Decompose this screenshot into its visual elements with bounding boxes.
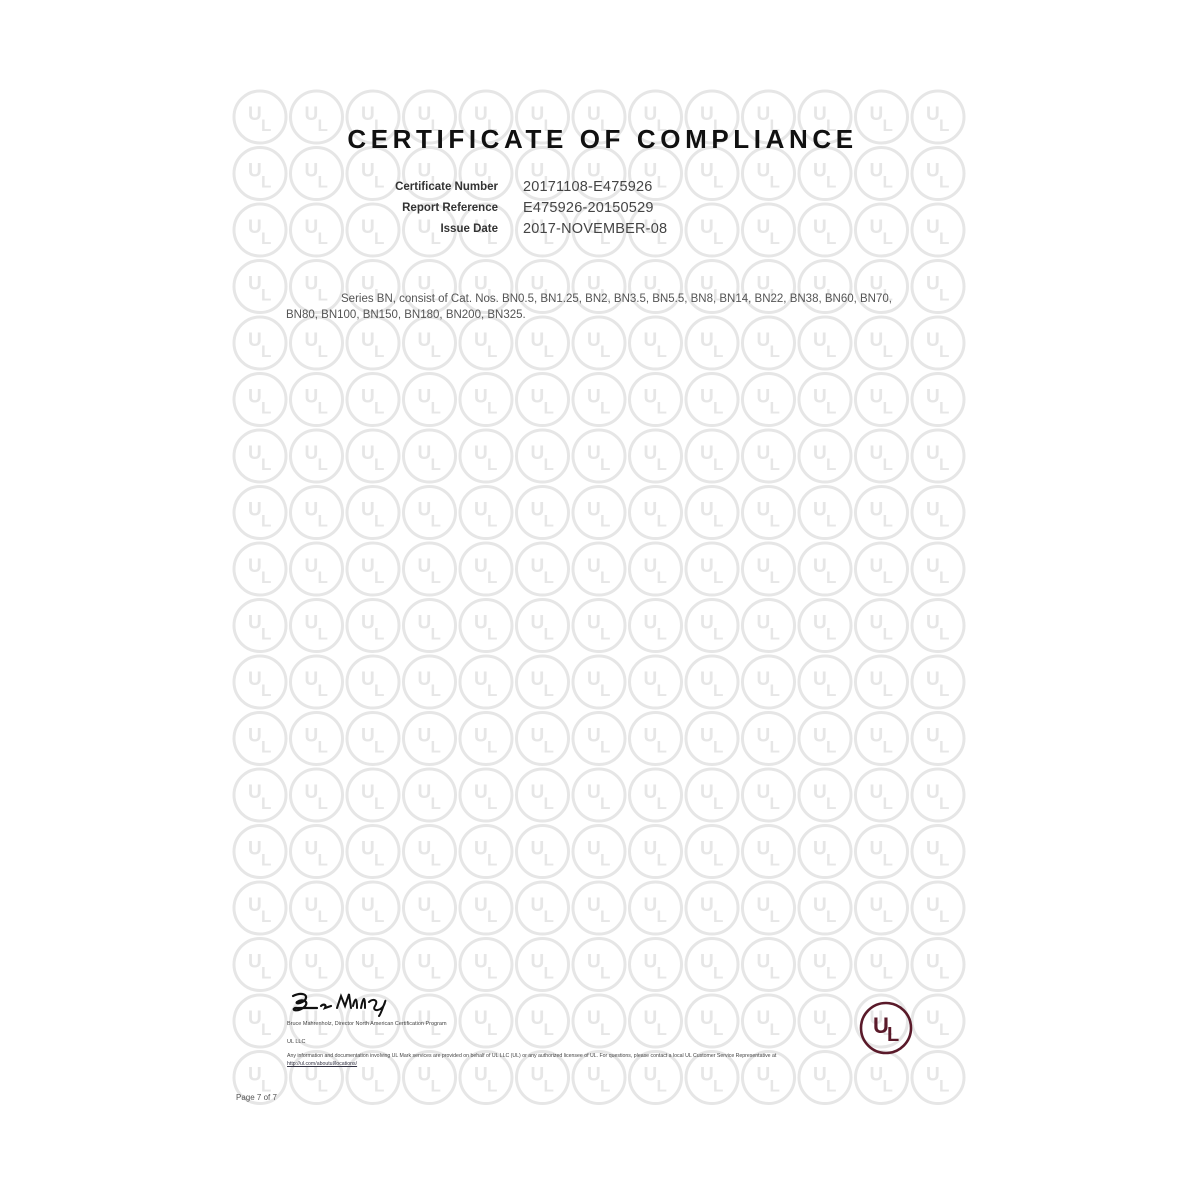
issue-date-value: 2017-NOVEMBER-08 [523,221,667,237]
certificate-page [230,86,975,1116]
report-reference-row: Report Reference E475926-20150529 [330,197,730,218]
issue-date-row: Issue Date 2017-NOVEMBER-08 [330,218,730,239]
page-number: Page 7 of 7 [236,1093,277,1102]
certificate-body-text: Series BN, consist of Cat. Nos. BN0.5, B… [286,291,926,323]
certificate-metadata: Certificate Number 20171108-E475926 Repo… [330,176,730,239]
report-reference-value: E475926-20150529 [523,200,654,216]
signature-icon [287,988,407,1018]
svg-text:L: L [887,1024,899,1046]
disclaimer-text: Any information and documentation involv… [287,1052,807,1068]
company-name: UL LLC [287,1039,305,1045]
disclaimer-body: Any information and documentation involv… [287,1053,776,1059]
issue-date-label: Issue Date [330,223,523,235]
certificate-number-label: Certificate Number [330,181,523,193]
certificate-number-value: 20171108-E475926 [523,179,653,195]
report-reference-label: Report Reference [330,202,523,214]
signer-name: Bruce Mahrenholz, Director North America… [287,1021,447,1027]
ul-logo-icon: U L [858,1000,914,1056]
certificate-title: CERTIFICATE OF COMPLIANCE [300,124,905,155]
certificate-number-row: Certificate Number 20171108-E475926 [330,176,730,197]
locations-link[interactable]: http://ul.com/aboutul/locations/ [287,1061,357,1067]
